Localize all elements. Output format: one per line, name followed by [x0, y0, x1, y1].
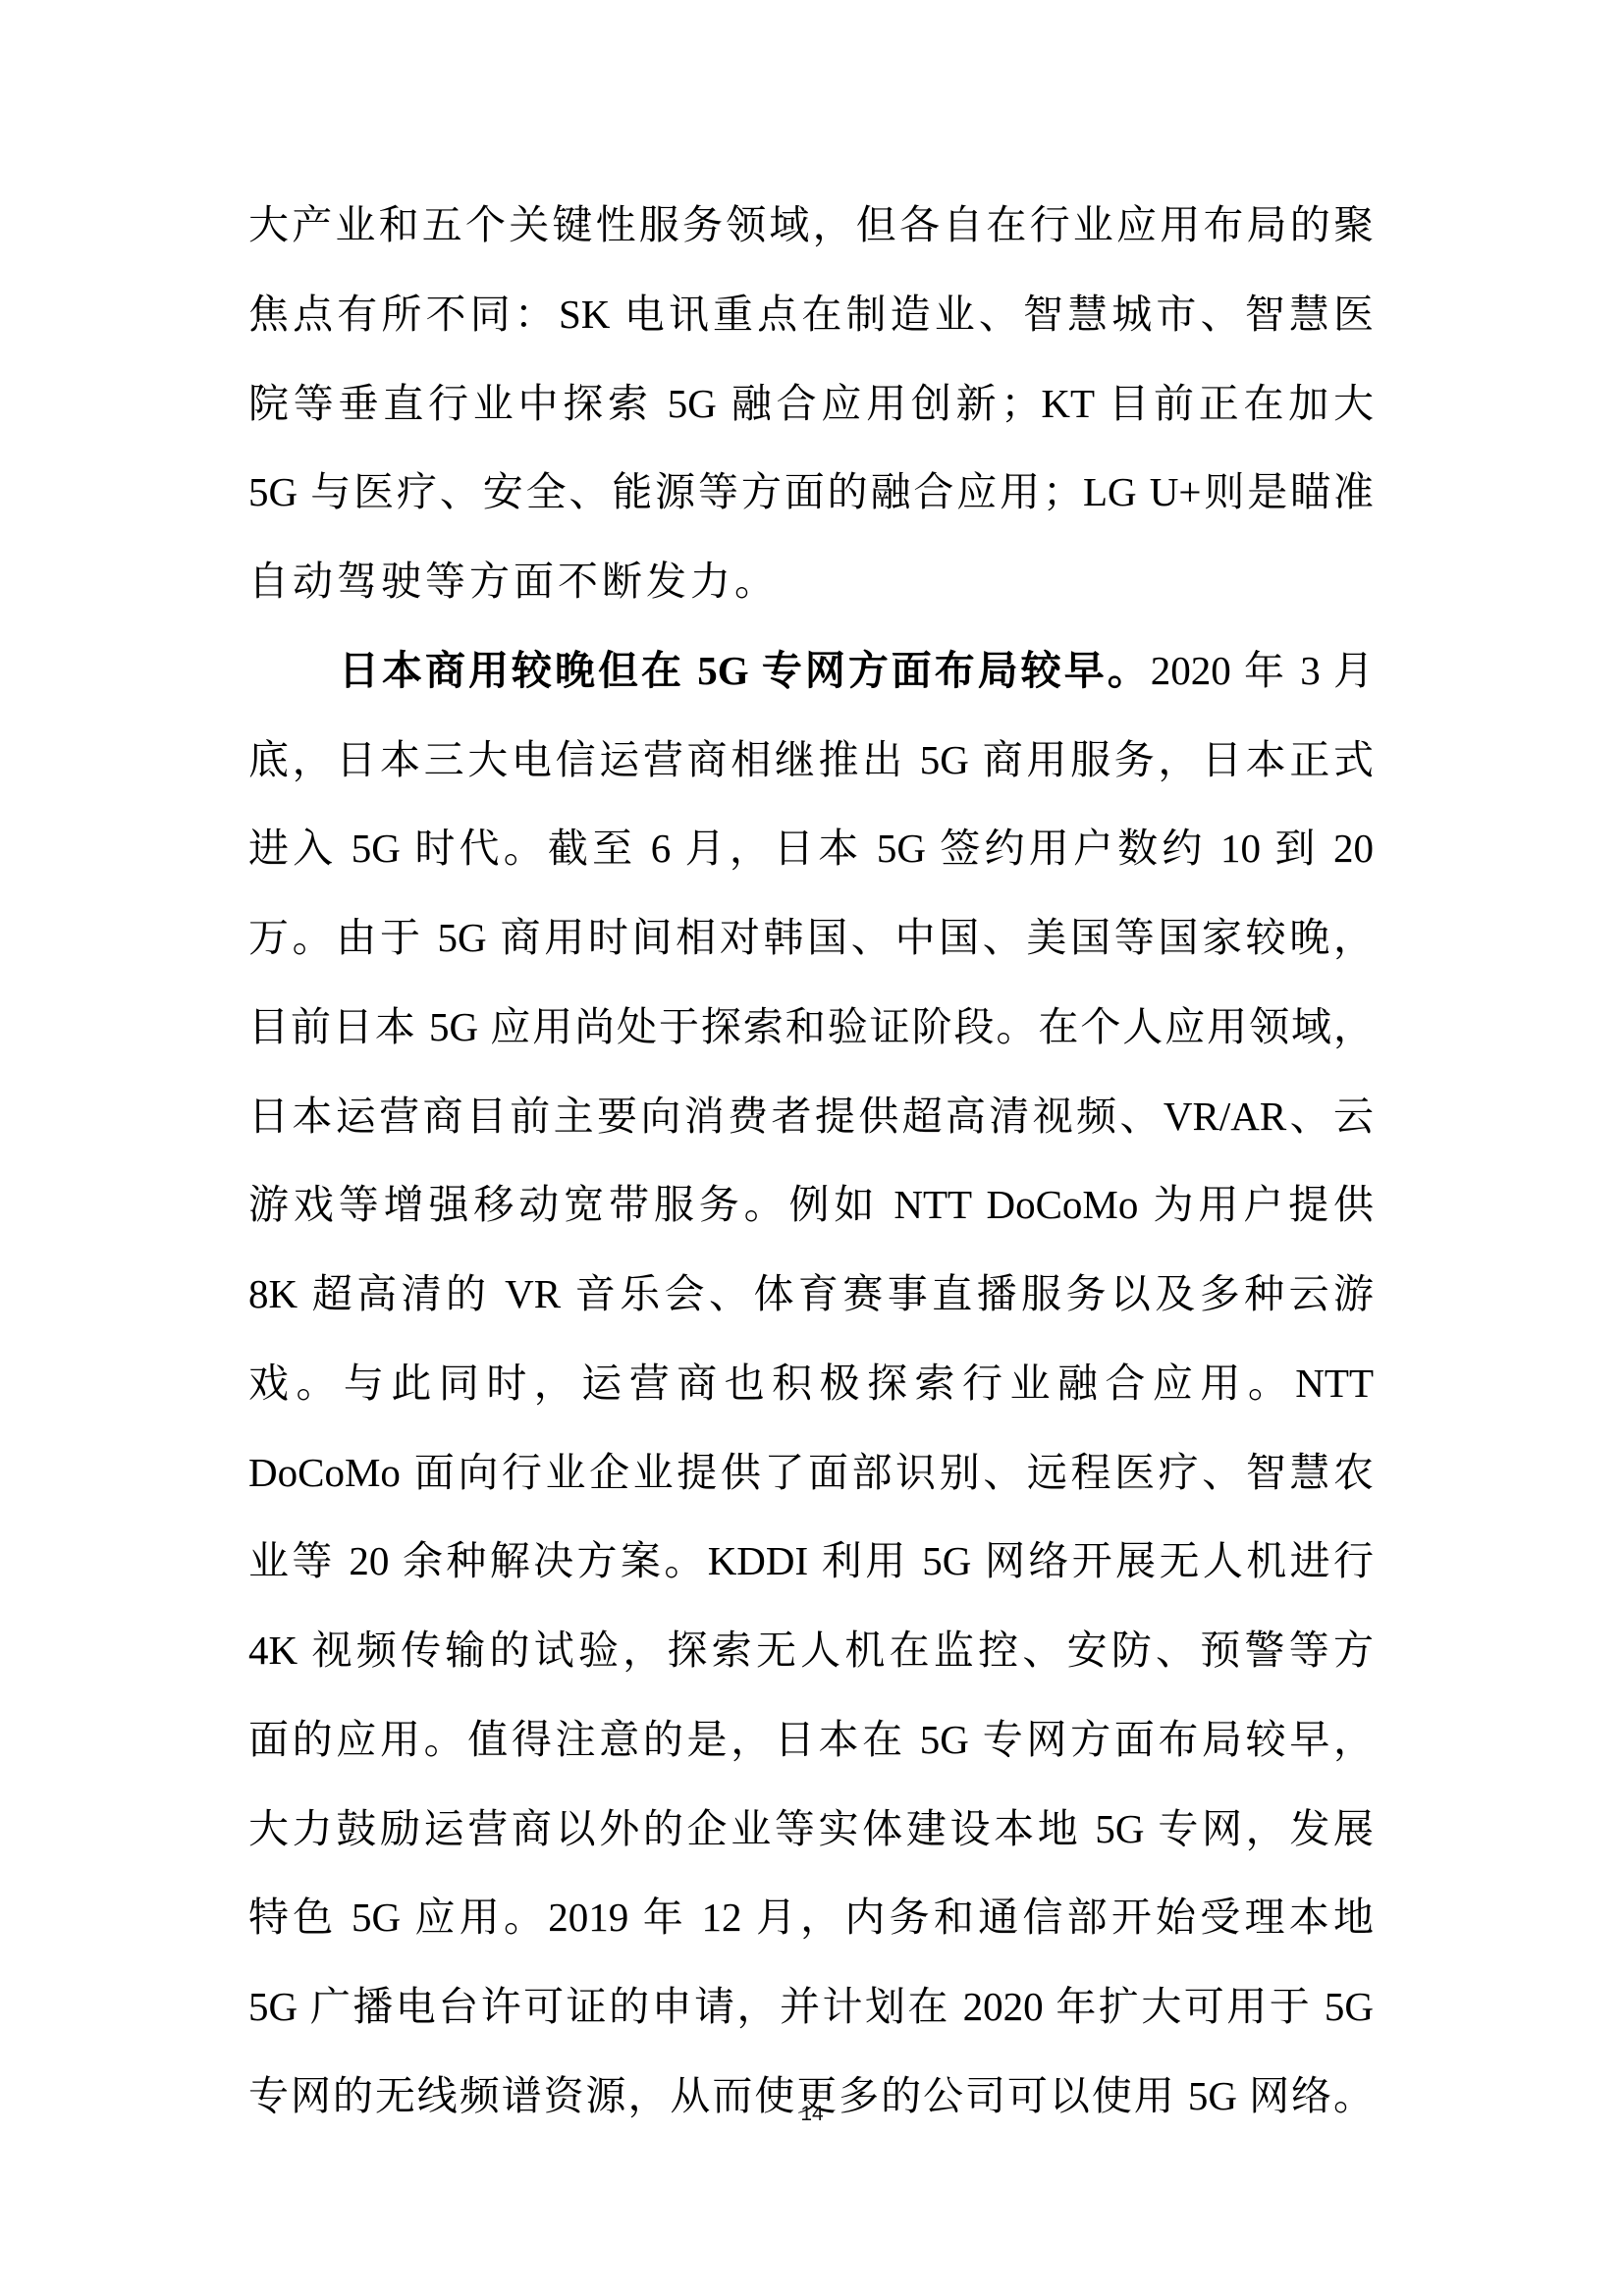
paragraph-korea-continued: 大产业和五个关键性服务领域，但各自在行业应用布局的聚 焦点有所不同：SK 电讯重…	[248, 199, 1374, 645]
text-line: 面的应用。值得注意的是，日本在 5G 专网方面布局较早，	[248, 1714, 1374, 1803]
text-line: 5G 广播电台许可证的申请，并计划在 2020 年扩大可用于 5G	[248, 1981, 1374, 2070]
text-line: 自动驾驶等方面不断发力。	[248, 556, 1374, 645]
page-number: 14	[0, 2103, 1624, 2126]
text-line: 目前日本 5G 应用尚处于探索和验证阶段。在个人应用领域，	[248, 1001, 1374, 1091]
text-line: 焦点有所不同：SK 电讯重点在制造业、智慧城市、智慧医	[248, 289, 1374, 378]
text-line: 5G 与医疗、安全、能源等方面的融合应用；LG U+则是瞄准	[248, 466, 1374, 556]
text-line: 院等垂直行业中探索 5G 融合应用创新；KT 目前正在加大	[248, 378, 1374, 467]
text-line: DoCoMo 面向行业企业提供了面部识别、远程医疗、智慧农	[248, 1447, 1374, 1536]
text-line: 8K 超高清的 VR 音乐会、体育赛事直播服务以及多种云游	[248, 1268, 1374, 1358]
text-line: 特色 5G 应用。2019 年 12 月，内务和通信部开始受理本地	[248, 1892, 1374, 1981]
text-line: 大力鼓励运营商以外的企业等实体建设本地 5G 专网，发展	[248, 1803, 1374, 1893]
text-line: 进入 5G 时代。截至 6 月，日本 5G 签约用户数约 10 到 20	[248, 823, 1374, 912]
body-text: 大产业和五个关键性服务领域，但各自在行业应用布局的聚 焦点有所不同：SK 电讯重…	[248, 199, 1374, 2160]
paragraph-first-line: 日本商用较晚但在 5G 专网方面布局较早。2020 年 3 月	[248, 645, 1374, 734]
text-line: 业等 20 余种解决方案。KDDI 利用 5G 网络开展无人机进行	[248, 1535, 1374, 1625]
text-line: 日本运营商目前主要向消费者提供超高清视频、VR/AR、云	[248, 1091, 1374, 1180]
paragraph-japan: 日本商用较晚但在 5G 专网方面布局较早。2020 年 3 月 底，日本三大电信…	[248, 645, 1374, 2160]
text-line: 万。由于 5G 商用时间相对韩国、中国、美国等国家较晚，	[248, 912, 1374, 1001]
text-line: 游戏等增强移动宽带服务。例如 NTT DoCoMo 为用户提供	[248, 1179, 1374, 1268]
text-run: 2020 年 3 月	[1151, 648, 1374, 693]
paragraph-heading: 日本商用较晚但在 5G 专网方面布局较早。	[339, 648, 1151, 693]
text-line: 戏。与此同时，运营商也积极探索行业融合应用。NTT	[248, 1358, 1374, 1447]
text-line: 大产业和五个关键性服务领域，但各自在行业应用布局的聚	[248, 199, 1374, 289]
text-line: 底，日本三大电信运营商相继推出 5G 商用服务，日本正式	[248, 734, 1374, 824]
document-page: 大产业和五个关键性服务领域，但各自在行业应用布局的聚 焦点有所不同：SK 电讯重…	[0, 0, 1624, 2296]
text-line: 4K 视频传输的试验，探索无人机在监控、安防、预警等方	[248, 1625, 1374, 1714]
